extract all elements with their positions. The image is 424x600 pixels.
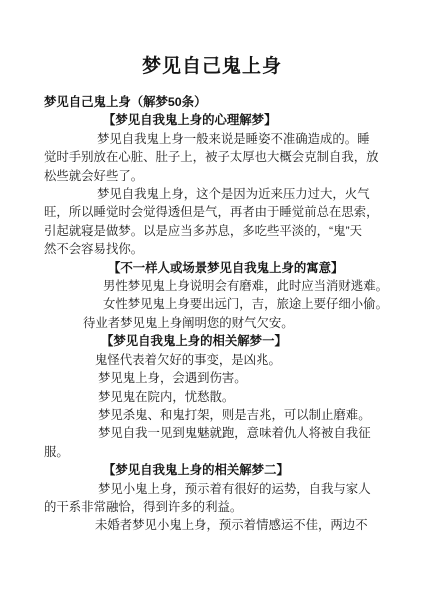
body-text-line: 梦见鬼上身，会遇到伤害。 [44, 369, 386, 387]
section-heading-line: 梦见自己鬼上身（解梦50条） [44, 93, 386, 111]
body-text-line: 梦见鬼在院内，忧愁散。 [44, 388, 386, 406]
body-text-line: 梦见杀鬼、和鬼打架，则是吉兆，可以制止磨难。 [44, 406, 386, 424]
document-body: 梦见自己鬼上身（解梦50条）【梦见自我鬼上身的心理解梦】梦见自我鬼上身一般来说是… [44, 93, 386, 535]
body-text-line: 引起就寝是做梦。以是应当多苏息，多吃些平淡的，“鬼”天 [44, 222, 386, 240]
document-title: 梦见自己鬼上身 [44, 55, 380, 79]
document-page: 梦见自己鬼上身 梦见自己鬼上身（解梦50条）【梦见自我鬼上身的心理解梦】梦见自我… [0, 0, 424, 600]
body-text-line: 松些就会好些了。 [44, 167, 386, 185]
body-text-line: 服。 [44, 443, 386, 461]
section-heading-line: 【梦见自我鬼上身的相关解梦二】 [44, 461, 386, 479]
section-heading-line: 【梦见自我鬼上身的心理解梦】 [44, 111, 386, 129]
body-text-line: 然不会容易找你。 [44, 240, 386, 258]
body-text-line: 梦见自我鬼上身，这个是因为近来压力过大，火气 [44, 185, 386, 203]
body-text-line: 未婚者梦见小鬼上身，预示着情感运不佳，两边不 [44, 516, 386, 534]
body-text-line: 梦见自我鬼上身一般来说是睡姿不准确造成的。睡 [44, 130, 386, 148]
body-text-line: 梦见自我一见到鬼魅就跑，意味着仇人将被自我征 [44, 424, 386, 442]
body-text-line: 待业者梦见鬼上身阐明您的财气欠安。 [44, 314, 386, 332]
body-text-line: 觉时手别放在心脏、肚子上，被子太厚也大概会克制自我，放 [44, 148, 386, 166]
body-text-line: 男性梦见鬼上身说明会有磨难，此时应当消财逃难。 [44, 277, 386, 295]
section-heading-line: 【不一样人或场景梦见自我鬼上身的寓意】 [44, 259, 386, 277]
section-heading-line: 【梦见自我鬼上身的相关解梦一】 [44, 332, 386, 350]
body-text-line: 女性梦见鬼上身要出远门，吉，旅途上要仔细小偷。 [44, 295, 386, 313]
body-text-line: 梦见小鬼上身，预示着有很好的运势，自我与家人 [44, 480, 386, 498]
body-text-line: 的干系非常融恰，得到许多的利益。 [44, 498, 386, 516]
body-text-line: 鬼怪代表着欠好的事变，是凶兆。 [44, 351, 386, 369]
body-text-line: 旺，所以睡觉时会觉得透但是气，再者由于睡觉前总在思索， [44, 203, 386, 221]
